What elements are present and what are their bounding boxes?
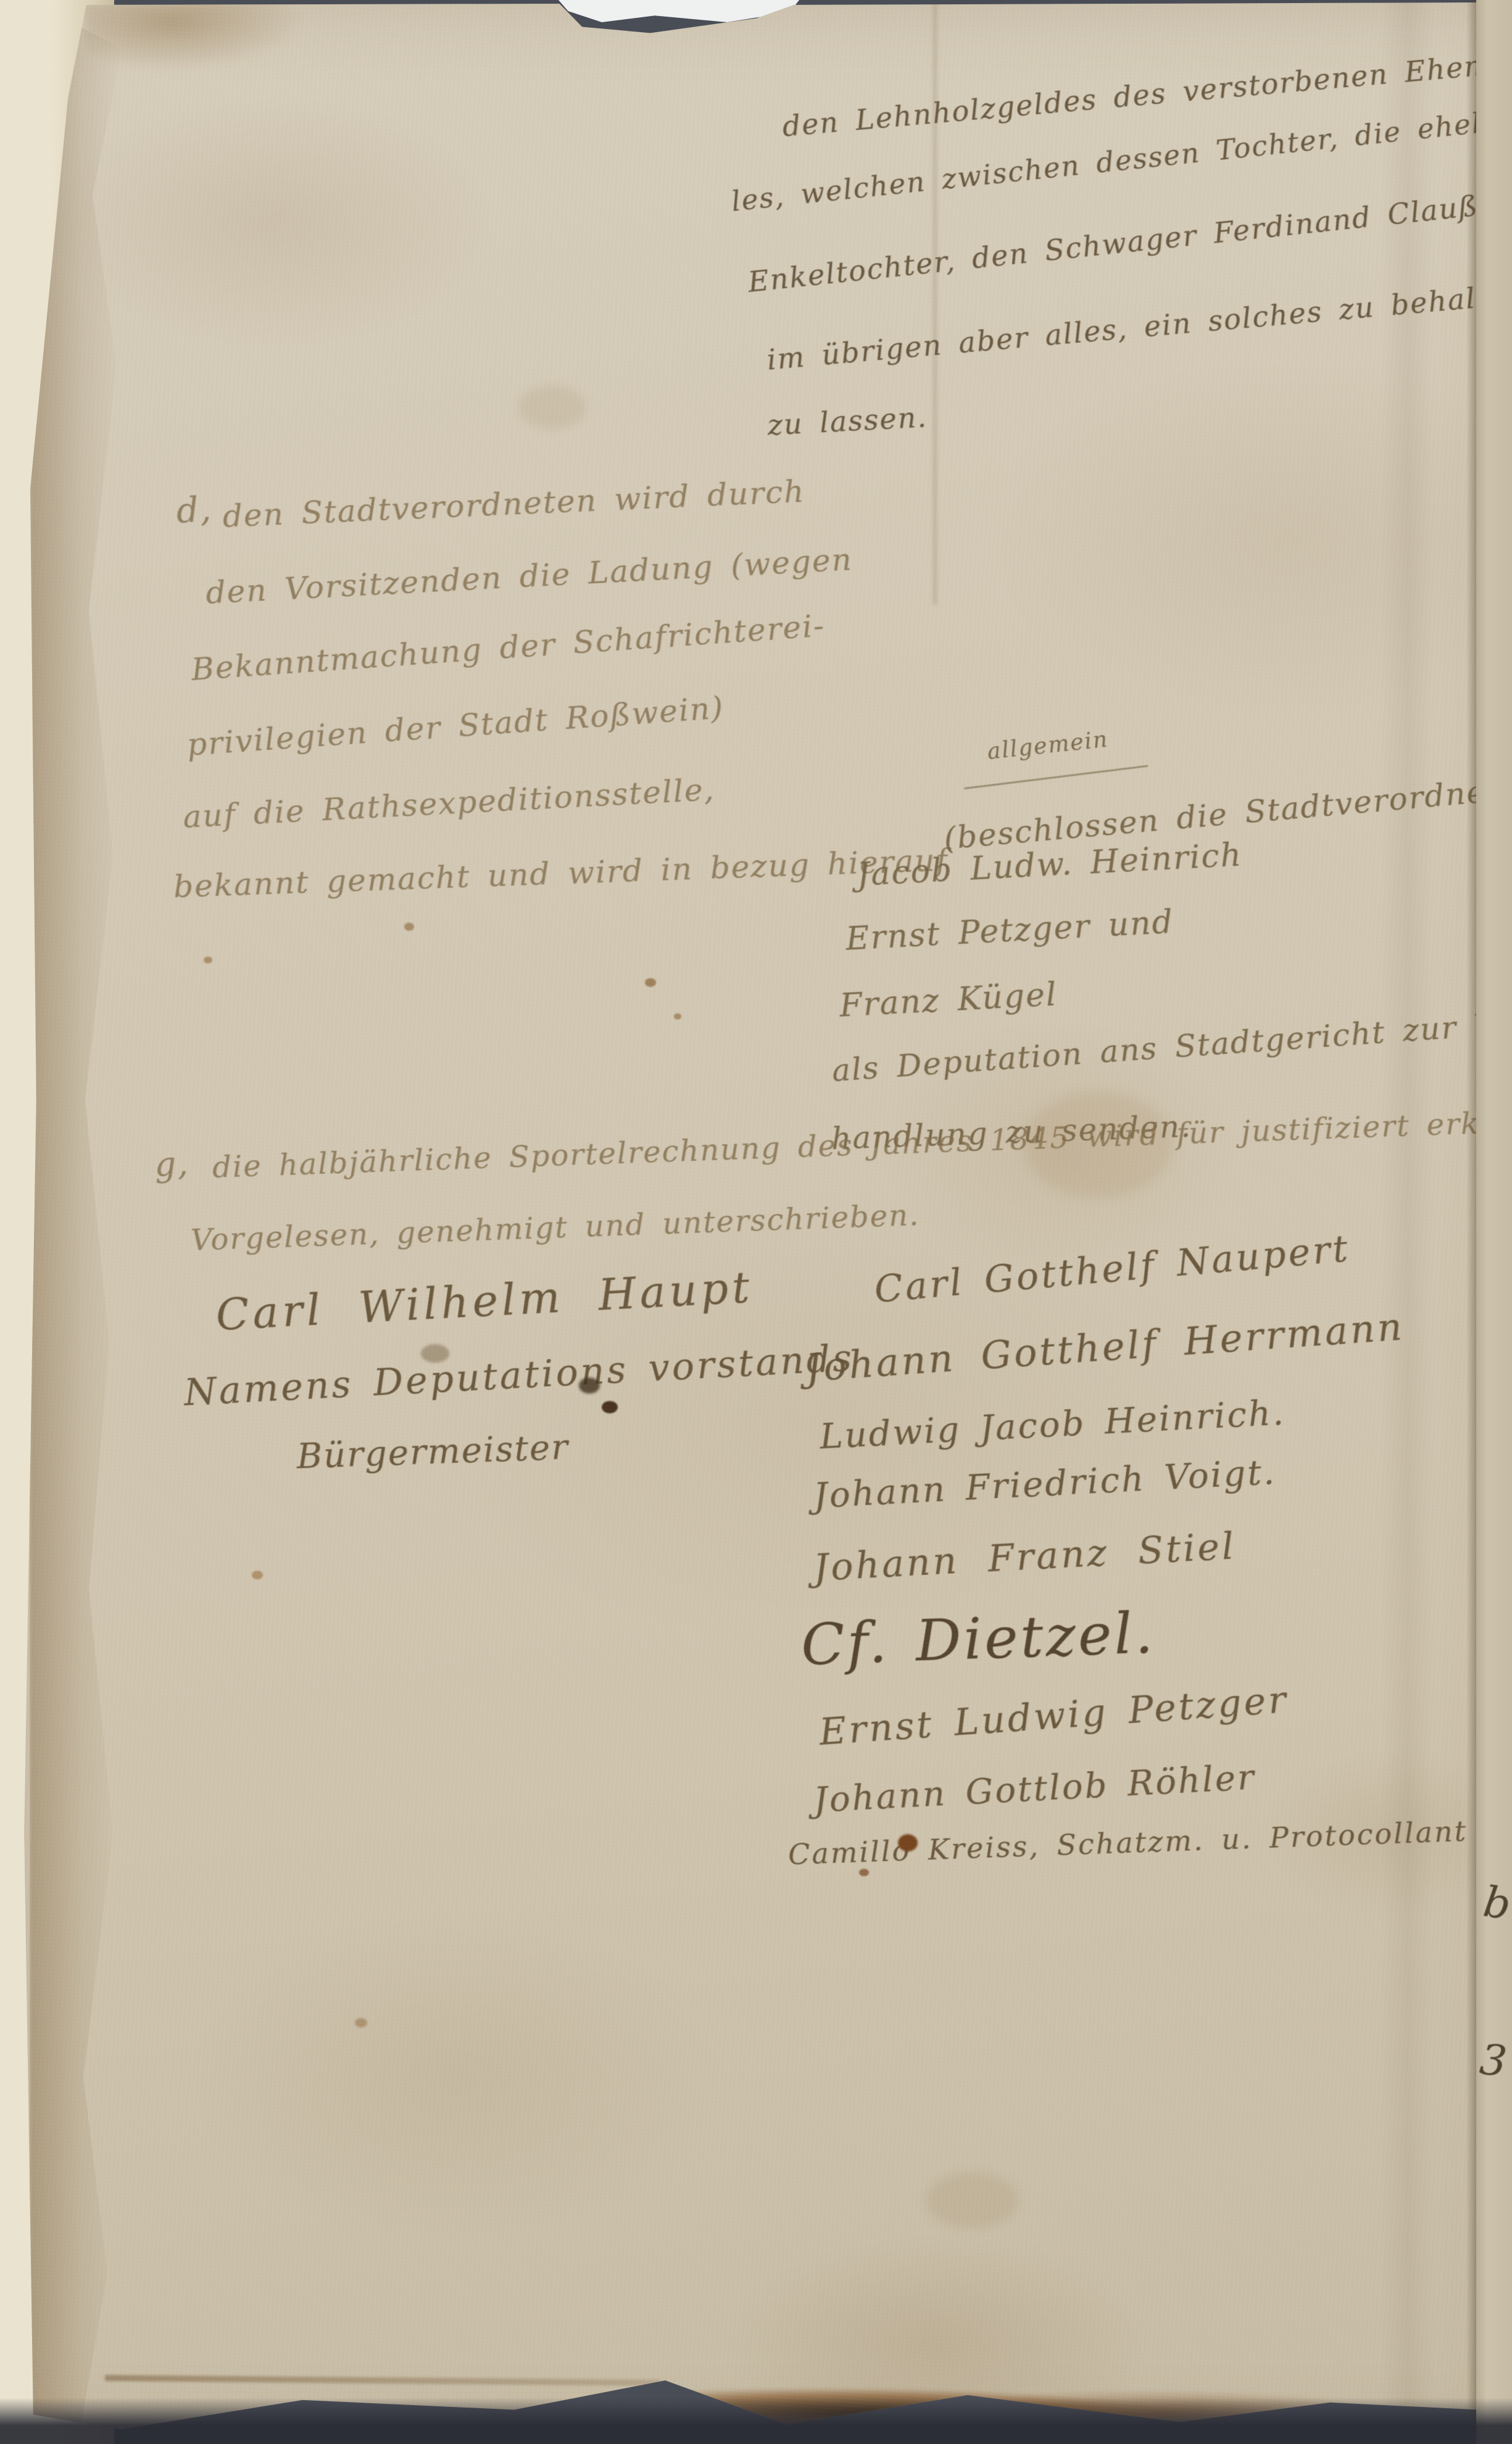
interlinear-insertion: allgemein: [986, 727, 1110, 765]
water-stain: [926, 2172, 1018, 2228]
water-stain: [518, 386, 586, 429]
handwritten-line: Bekanntmachung der Schafrichterei-: [190, 607, 826, 688]
handwritten-line: den Stadtverordneten wird durch: [222, 473, 805, 534]
top-edge-stain: [86, 0, 378, 98]
stain-spot: [204, 957, 212, 963]
signature: Cf. Dietzel.: [800, 1600, 1156, 1678]
stain-spot: [859, 1869, 869, 1876]
item-marker-d: d,: [175, 489, 213, 531]
handwritten-line: (beschlossen die Stadtverordneten: [942, 769, 1512, 857]
handwritten-line: im übrigen aber alles, ein solches zu be…: [765, 277, 1512, 376]
manuscript-page: den Lehnholzgeldes des verstorbenen Ehem…: [0, 0, 1512, 2444]
handwritten-line: privilegien der Stadt Roßwein): [186, 689, 725, 763]
signature: Johann Gotthelf Herrmann: [804, 1303, 1406, 1390]
signature-role: Namens Deputations vorstands: [183, 1336, 855, 1415]
handwritten-line: Vorgelesen, genehmigt und unterschrieben…: [190, 1198, 920, 1258]
handwritten-line: handlung zu senden.: [831, 1108, 1192, 1157]
stain-spot: [645, 978, 656, 987]
deckle-edge-stain: [30, 0, 122, 2444]
stain-spot: [579, 1378, 600, 1394]
fold-crease: [1380, 0, 1435, 2444]
handwritten-line: Enkeltochter, den Schwager Ferdinand Cla…: [746, 177, 1512, 299]
handwritten-line: Ernst Petzger und: [845, 904, 1174, 958]
handwritten-line: als Deputation ans Stadtgericht zur Ver-: [831, 1004, 1512, 1089]
stain-spot: [404, 923, 414, 931]
signature: Carl Wilhelm Haupt: [215, 1262, 754, 1340]
bottom-gap-shadow: [0, 2398, 1512, 2444]
handwritten-line: den Vorsitzenden die Ladung (wegen: [205, 541, 854, 611]
insertion-underline: [960, 733, 1148, 789]
signature: Johann Gottlob Röhler: [813, 1758, 1257, 1821]
signature: Camillo Kreiss, Schatzm. u. Protocollant: [787, 1814, 1468, 1871]
stain-spot: [602, 1401, 618, 1413]
handwritten-line: auf die Rathsexpeditionsstelle,: [182, 771, 716, 835]
signature-role: Bürgermeister: [296, 1428, 570, 1477]
handwritten-line: den Lehnholzgeldes des verstorbenen Ehem…: [781, 40, 1512, 143]
stain-spot: [674, 1013, 681, 1020]
handwritten-line: les, welchen zwischen dessen Tochter, di…: [729, 87, 1512, 218]
water-stain: [1024, 1092, 1173, 1197]
stain-spot: [421, 1344, 449, 1363]
handwritten-line: Jacob Ludw. Heinrich: [856, 836, 1243, 894]
handwritten-line: die halbjährliche Sportelrechnung des Ja…: [212, 1104, 1512, 1185]
signature: Carl Gotthelf Naupert: [873, 1227, 1352, 1311]
signature: Johann Franz Stiel: [812, 1524, 1237, 1590]
fold-crease: [933, 0, 937, 605]
stain-spot: [898, 1834, 918, 1852]
ink-fragment: 3: [1477, 2035, 1509, 2087]
signature: Ludwig Jacob Heinrich.: [819, 1393, 1286, 1457]
ink-fragment: b: [1481, 1877, 1512, 1929]
stain-spot: [252, 1571, 263, 1579]
item-marker-g: g,: [154, 1144, 190, 1184]
signature: Johann Friedrich Voigt.: [813, 1452, 1277, 1516]
handwritten-line: zu lassen.: [766, 401, 928, 442]
stain-spot: [355, 2018, 367, 2027]
handwritten-line: Franz Kügel: [839, 976, 1058, 1025]
photograph-of-manuscript: den Lehnholzgeldes des verstorbenen Ehem…: [0, 0, 1512, 2444]
bottom-edge-crack: [105, 2375, 660, 2386]
signature: Ernst Ludwig Petzger: [818, 1678, 1290, 1754]
next-page-edge: b 3: [1476, 0, 1512, 2444]
handwritten-line: bekannt gemacht und wird in bezug hierau…: [173, 842, 949, 905]
